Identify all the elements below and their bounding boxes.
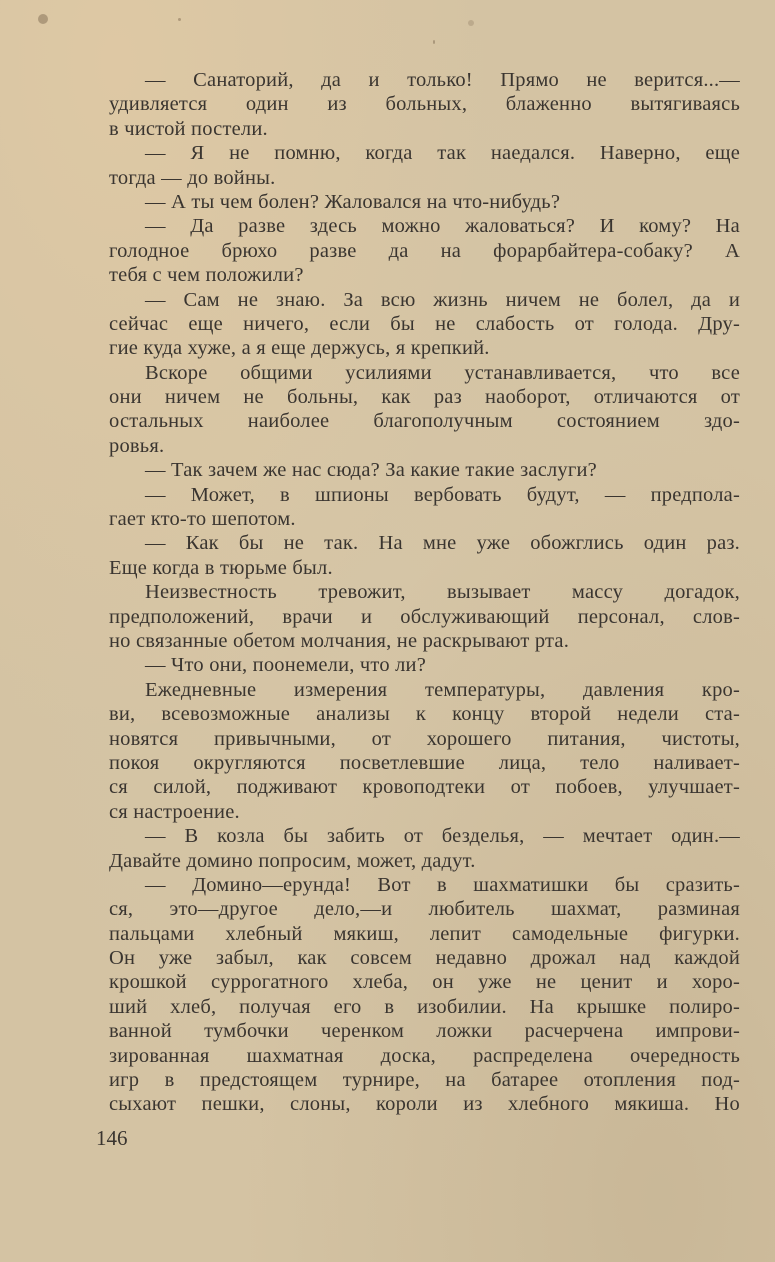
text-line: они ничем не больны, как раз наоборот, о…: [109, 385, 740, 409]
page-number: 146: [96, 1126, 128, 1151]
text-line: зированная шахматная доска, распределена…: [109, 1044, 740, 1068]
text-line: — Домино—ерунда! Вот в шахматишки бы сра…: [109, 873, 740, 897]
text-line: голодное брюхо разве да на форарбайтера-…: [109, 239, 740, 263]
text-line: сейчас еще ничего, если бы не слабость о…: [109, 312, 740, 336]
text-line: — Сам не знаю. За всю жизнь ничем не бол…: [109, 288, 740, 312]
text-line: крошкой суррогатного хлеба, он уже не це…: [109, 970, 740, 994]
text-line: ся силой, подживают кровоподтеки от побо…: [109, 775, 740, 799]
text-line: Ежедневные измерения температуры, давлен…: [109, 678, 740, 702]
text-line: удивляется один из больных, блаженно выт…: [109, 92, 740, 116]
text-line: ванной тумбочки черенком ложки расчерчен…: [109, 1019, 740, 1043]
paper-speck: [433, 40, 435, 44]
text-line: ся, это—другое дело,—и любитель шахмат, …: [109, 897, 740, 921]
text-line: покоя округляются посветлевшие лица, тел…: [109, 751, 740, 775]
text-line: но связанные обетом молчания, не раскрыв…: [109, 629, 740, 653]
text-line: Вскоре общими усилиями устанавливается, …: [109, 361, 740, 385]
text-line: ви, всевозможные анализы к концу второй …: [109, 702, 740, 726]
text-line: Еще когда в тюрьме был.: [109, 556, 740, 580]
text-line: Давайте домино попросим, может, дадут.: [109, 849, 740, 873]
text-line: — Что они, поонемели, что ли?: [109, 653, 740, 677]
text-line: ший хлеб, получая его в изобилии. На кры…: [109, 995, 740, 1019]
text-line: — Может, в шпионы вербовать будут, — пре…: [109, 483, 740, 507]
text-line: в чистой постели.: [109, 117, 740, 141]
text-line: ся настроение.: [109, 800, 740, 824]
text-line: предположений, врачи и обслуживающий пер…: [109, 605, 740, 629]
text-line: Неизвестность тревожит, вызывает массу д…: [109, 580, 740, 604]
text-line: — Санаторий, да и только! Прямо не верит…: [109, 68, 740, 92]
text-line: тогда — до войны.: [109, 166, 740, 190]
text-line: — Как бы не так. На мне уже обожглись од…: [109, 531, 740, 555]
text-line: новятся привычными, от хорошего питания,…: [109, 727, 740, 751]
text-line: игр в предстоящем турнире, на батарее от…: [109, 1068, 740, 1092]
text-line: тебя с чем положили?: [109, 263, 740, 287]
text-line: ровья.: [109, 434, 740, 458]
text-line: гает кто-то шепотом.: [109, 507, 740, 531]
text-line: — Я не помню, когда так наедался. Наверн…: [109, 141, 740, 165]
text-line: — В козла бы забить от безделья, — мечта…: [109, 824, 740, 848]
paper-stain: [38, 14, 48, 24]
text-line: пальцами хлебный мякиш, лепит самодельны…: [109, 922, 740, 946]
text-line: гие куда хуже, а я еще держусь, я крепки…: [109, 336, 740, 360]
text-line: — А ты чем болен? Жаловался на что-нибуд…: [109, 190, 740, 214]
text-line: сыхают пешки, слоны, короли из хлебного …: [109, 1092, 740, 1116]
text-line: — Так зачем же нас сюда? За какие такие …: [109, 458, 740, 482]
text-line: Он уже забыл, как совсем недавно дрожал …: [109, 946, 740, 970]
book-page-text: — Санаторий, да и только! Прямо не верит…: [109, 68, 740, 1117]
text-line: — Да разве здесь можно жаловаться? И ком…: [109, 214, 740, 238]
paper-stain: [468, 20, 474, 26]
text-line: остальных наиболее благополучным состоян…: [109, 409, 740, 433]
paper-speck: [178, 18, 181, 21]
